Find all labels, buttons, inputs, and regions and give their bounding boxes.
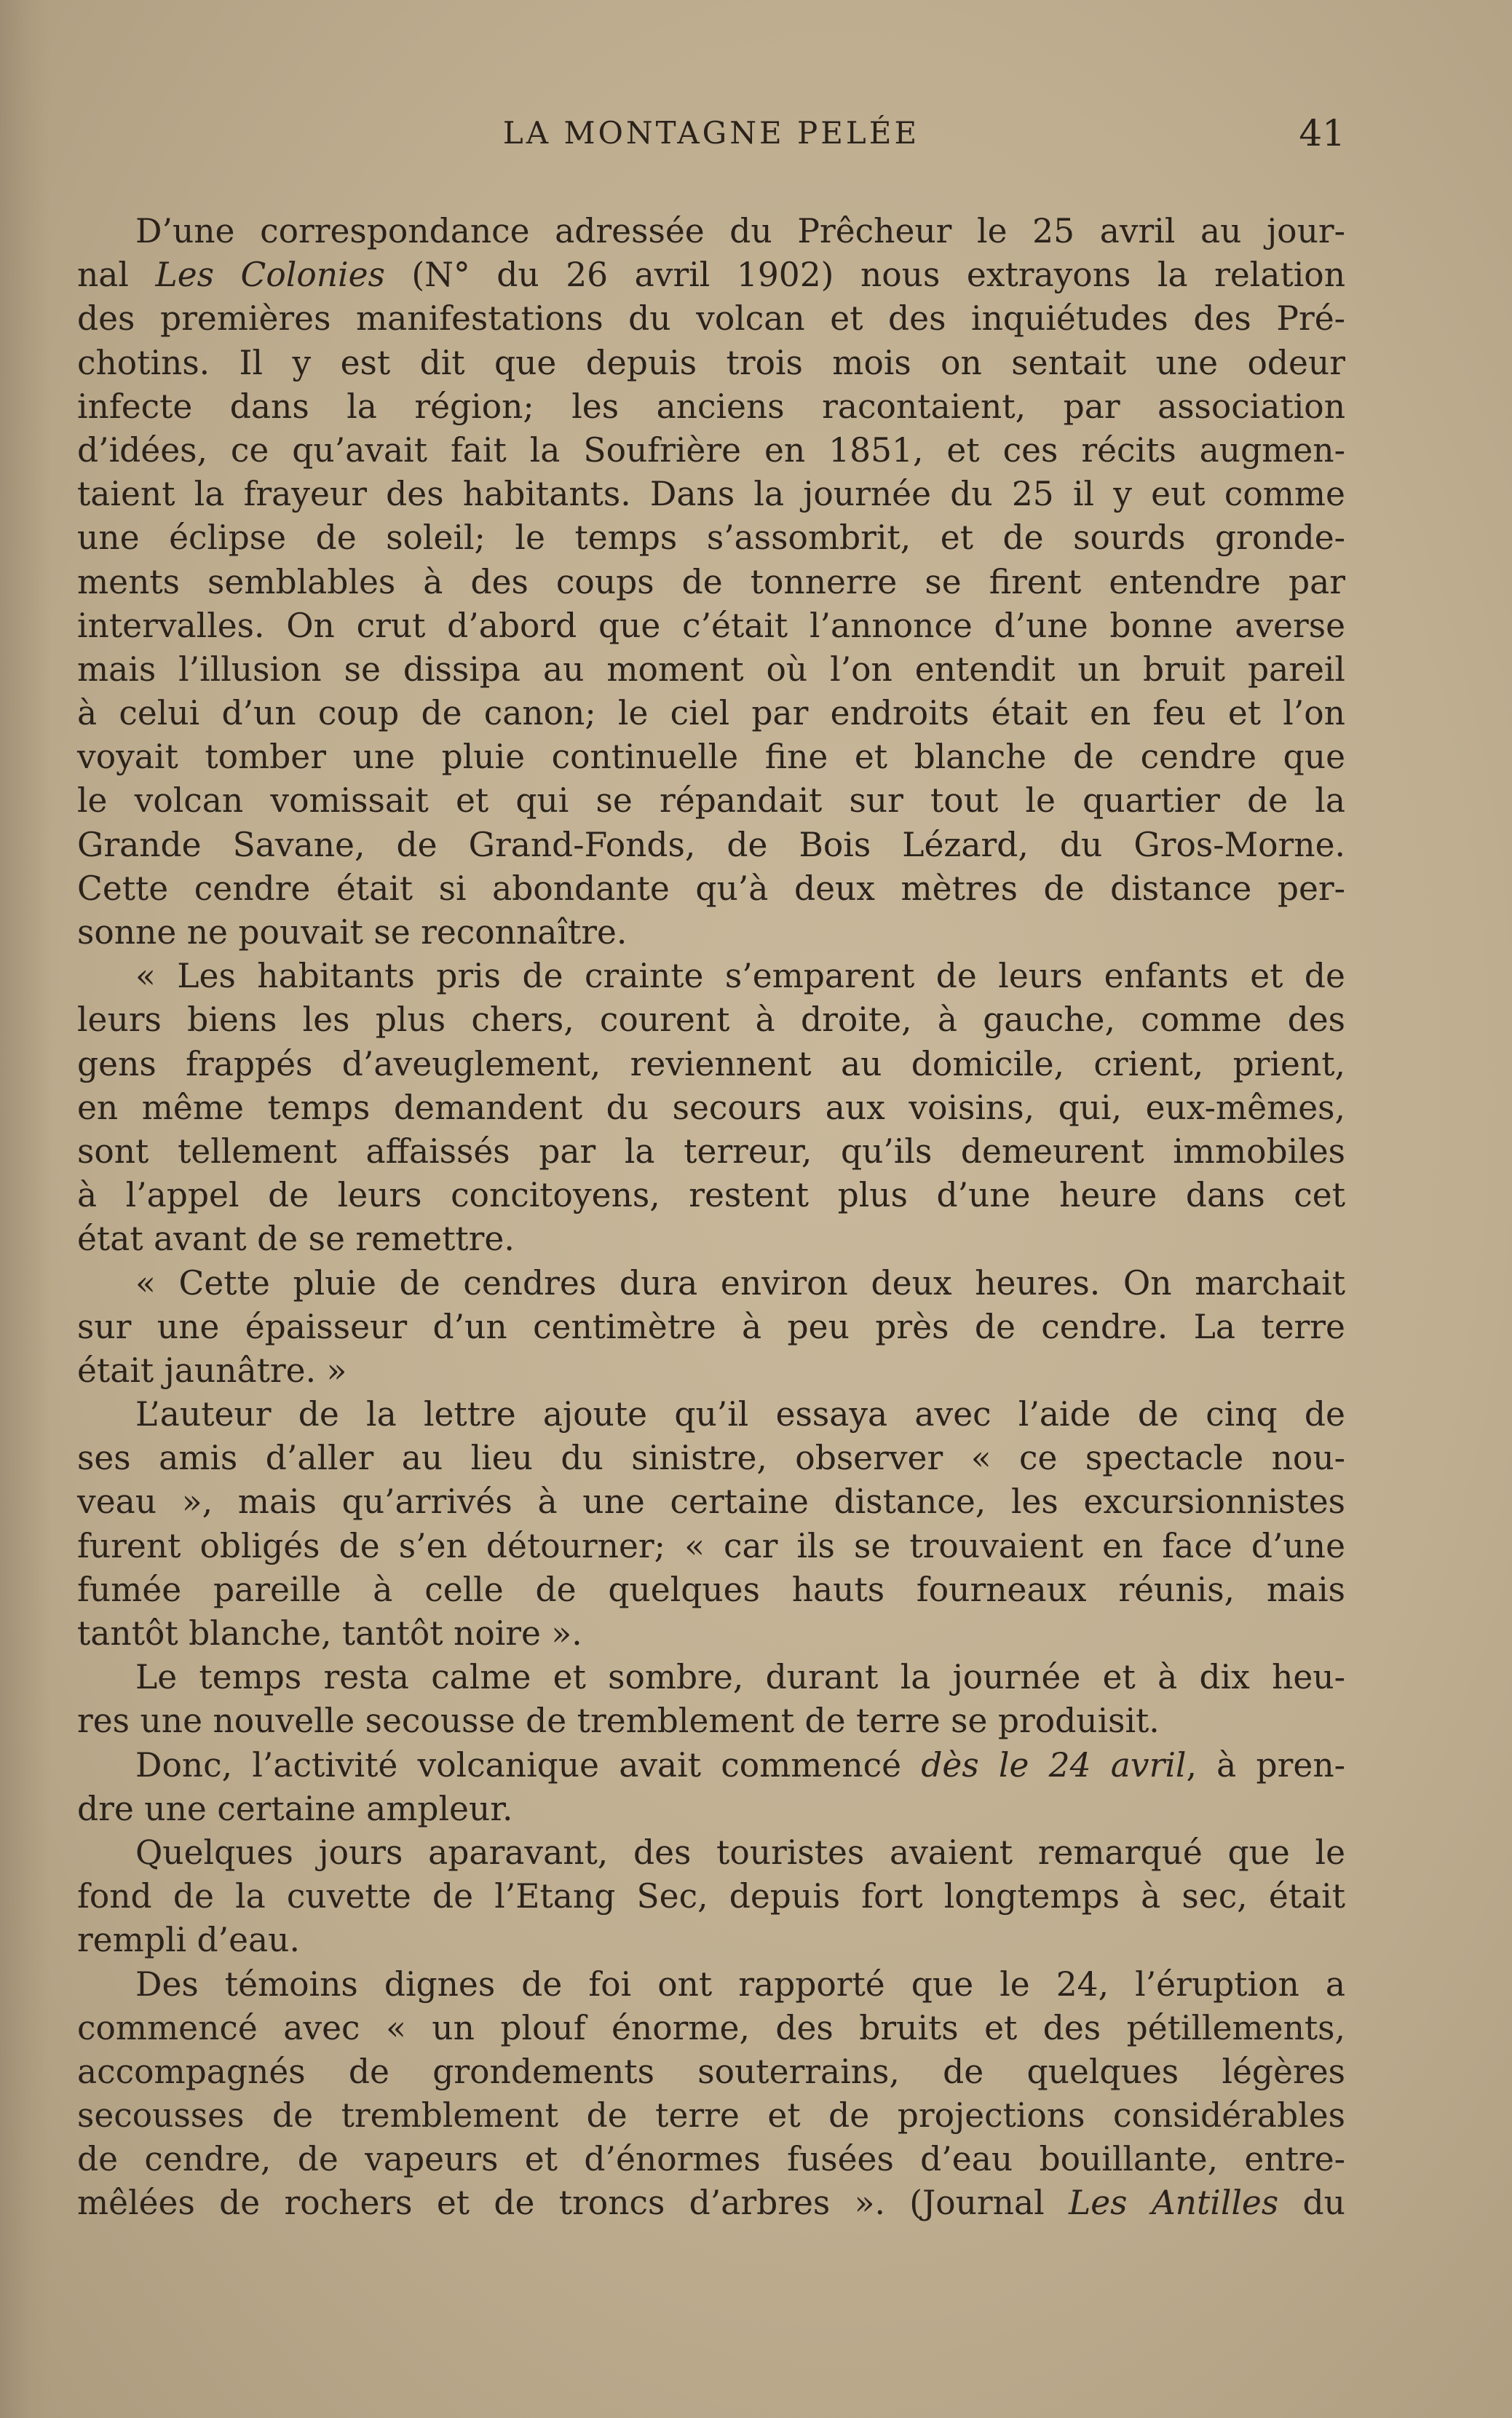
paragraph: Le temps resta calme et sombre, durant l… (77, 1656, 1345, 1743)
text-line: fumée pareille à celle de quelques hauts… (77, 1568, 1345, 1612)
text-line: commencé avec « un plouf énorme, des bru… (77, 2007, 1345, 2050)
text-line: le volcan vomissait et qui se répandait … (77, 779, 1345, 823)
text-line: sont tellement affaissés par la terreur,… (77, 1130, 1345, 1174)
text-line: à celui d’un coup de canon; le ciel par … (77, 692, 1345, 735)
text-line: sonne ne pouvait se reconnaître. (77, 911, 1345, 955)
text-line: intervalles. On crut d’abord que c’était… (77, 604, 1345, 648)
text-line: était jaunâtre. » (77, 1349, 1345, 1393)
text-line: mais l’illusion se dissipa au moment où … (77, 648, 1345, 692)
text-line: res une nouvelle secousse de tremblement… (77, 1699, 1345, 1743)
paragraph: Des témoins dignes de foi ont rapporté q… (77, 1963, 1345, 2226)
page-edge-shadow (0, 0, 51, 2418)
text-line: des premières manifestations du volcan e… (77, 297, 1345, 341)
running-title: LA MONTAGNE PELÉE (77, 115, 1345, 151)
text-line: furent obligés de s’en détourner; « car … (77, 1525, 1345, 1568)
text-line: Des témoins dignes de foi ont rapporté q… (77, 1963, 1345, 2007)
text-line: ments semblables à des coups de tonnerre… (77, 561, 1345, 604)
paragraph: « Les habitants pris de crainte s’empare… (77, 955, 1345, 1261)
text-line: leurs biens les plus chers, courent à dr… (77, 998, 1345, 1042)
text-line: nal Les Colonies (N° du 26 avril 1902) n… (77, 253, 1345, 297)
text-line: mêlées de rochers et de troncs d’arbres … (77, 2181, 1345, 2225)
paragraph: D’une correspondance adressée du Prêcheu… (77, 210, 1345, 955)
text-line: Quelques jours aparavant, des touristes … (77, 1831, 1345, 1875)
text-line: veau », mais qu’arrivés à une certaine d… (77, 1480, 1345, 1524)
text-line: Donc, l’activité volcanique avait commen… (77, 1744, 1345, 1787)
text-line: état avant de se remettre. (77, 1217, 1345, 1261)
body-text: D’une correspondance adressée du Prêcheu… (77, 210, 1345, 2226)
text-line: Grande Savane, de Grand-Fonds, de Bois L… (77, 823, 1345, 867)
text-line: Cette cendre était si abondante qu’à deu… (77, 867, 1345, 911)
text-line: Le temps resta calme et sombre, durant l… (77, 1656, 1345, 1699)
text-line: chotins. Il y est dit que depuis trois m… (77, 341, 1345, 385)
text-line: secousses de tremblement de terre et de … (77, 2094, 1345, 2138)
text-line: « Cette pluie de cendres dura environ de… (77, 1262, 1345, 1305)
text-line: dre une certaine ampleur. (77, 1787, 1345, 1831)
text-line: à l’appel de leurs concitoyens, restent … (77, 1174, 1345, 1217)
paragraph: Donc, l’activité volcanique avait commen… (77, 1744, 1345, 1831)
text-line: taient la frayeur des habitants. Dans la… (77, 473, 1345, 516)
text-line: de cendre, de vapeurs et d’énormes fusée… (77, 2138, 1345, 2181)
text-line: voyait tomber une pluie continuelle fine… (77, 735, 1345, 779)
paragraph: L’auteur de la lettre ajoute qu’il essay… (77, 1393, 1345, 1656)
page-number: 41 (1299, 112, 1345, 154)
paragraph: « Cette pluie de cendres dura environ de… (77, 1262, 1345, 1394)
text-line: rempli d’eau. (77, 1919, 1345, 1962)
text-line: une éclipse de soleil; le temps s’assomb… (77, 516, 1345, 560)
text-line: infecte dans la région; les anciens raco… (77, 385, 1345, 429)
text-line: ses amis d’aller au lieu du sinistre, ob… (77, 1437, 1345, 1480)
text-line: fond de la cuvette de l’Etang Sec, depui… (77, 1875, 1345, 1919)
text-line: gens frappés d’aveuglement, reviennent a… (77, 1043, 1345, 1086)
text-line: « Les habitants pris de crainte s’empare… (77, 955, 1345, 998)
text-line: accompagnés de grondements souterrains, … (77, 2050, 1345, 2094)
text-line: en même temps demandent du secours aux v… (77, 1086, 1345, 1130)
text-line: tantôt blanche, tantôt noire ». (77, 1612, 1345, 1656)
text-line: sur une épaisseur d’un centimètre à peu … (77, 1305, 1345, 1349)
text-line: D’une correspondance adressée du Prêcheu… (77, 210, 1345, 253)
paragraph: Quelques jours aparavant, des touristes … (77, 1831, 1345, 1963)
text-line: L’auteur de la lettre ajoute qu’il essay… (77, 1393, 1345, 1437)
running-head: LA MONTAGNE PELÉE 41 (77, 109, 1345, 160)
text-line: d’idées, ce qu’avait fait la Soufrière e… (77, 429, 1345, 473)
